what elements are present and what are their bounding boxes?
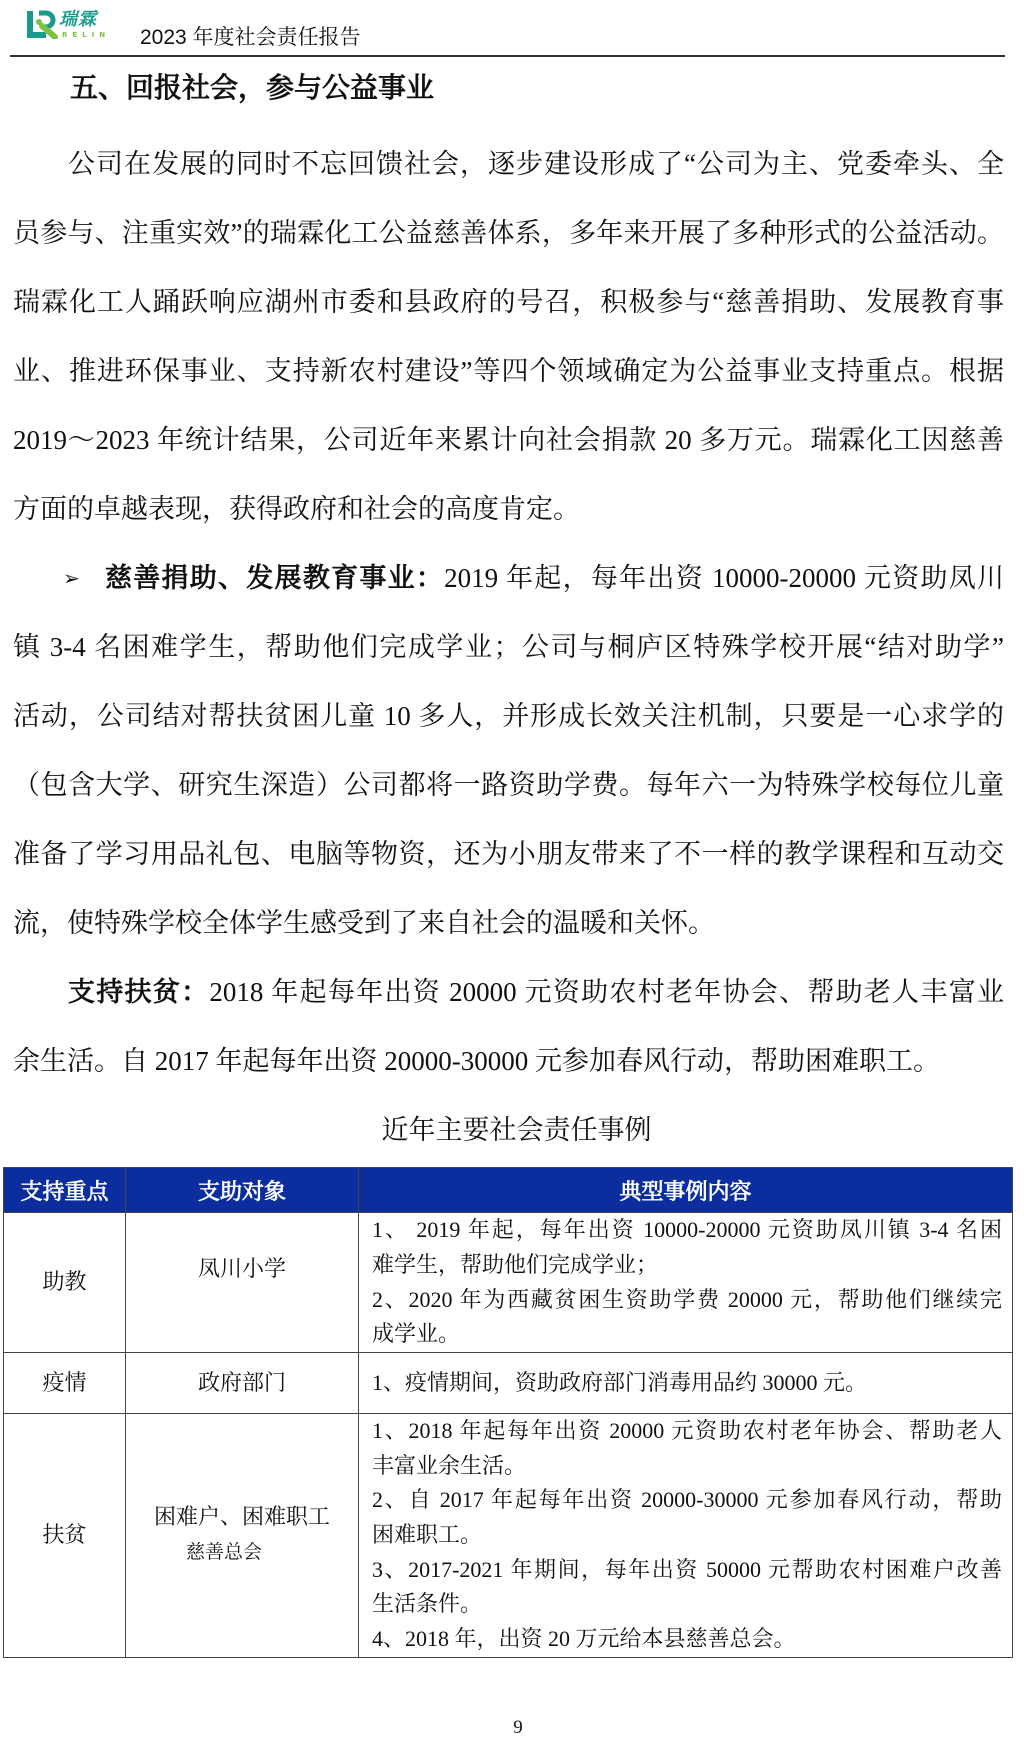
- content-line: 1、疫情期间，资助政府部门消毒用品约 30000 元。: [372, 1366, 1002, 1401]
- text-line: 2019～2023 年统计结果，公司近年来累计向社会捐款 20 多万元。瑞霖化工…: [13, 406, 1004, 475]
- paragraph-intro: 公司在发展的同时不忘回馈社会，逐步建设形成了“公司为主、党委牵头、全 员参与、注…: [13, 130, 1004, 544]
- cell-target: 政府部门: [126, 1353, 359, 1414]
- social-responsibility-table: 支持重点 支助对象 典型事例内容 助教 凤川小学 1、 2019 年起，每年出资…: [3, 1167, 1013, 1658]
- content-line: 成学业。: [372, 1317, 1002, 1352]
- cell-target: 困难户、困难职工 慈善总会: [126, 1414, 359, 1658]
- paragraph-education: ➢慈善捐助、发展教育事业：2019 年起，每年出资 10000-20000 元资…: [13, 544, 1004, 958]
- education-lead: 慈善捐助、发展教育事业：: [105, 563, 444, 593]
- text-span: 2018 年起每年出资 20000 元资助农村老年协会、帮助老人丰富业: [209, 977, 1004, 1007]
- content-line: 3、2017-2021 年期间，每年出资 50000 元帮助农村困难户改善: [372, 1553, 1002, 1588]
- logo-chinese-name: 瑞霖: [59, 9, 97, 31]
- header-divider: [10, 55, 1005, 57]
- cell-focus: 扶贫: [4, 1414, 126, 1658]
- cell-content: 1、2018 年起每年出资 20000 元资助农村老年协会、帮助老人 丰富业余生…: [359, 1414, 1013, 1658]
- text-line: 方面的卓越表现，获得政府和社会的高度肯定。: [13, 475, 1004, 544]
- content-line: 1、2018 年起每年出资 20000 元资助农村老年协会、帮助老人: [372, 1414, 1002, 1449]
- paragraph-poverty: 支持扶贫：2018 年起每年出资 20000 元资助农村老年协会、帮助老人丰富业…: [13, 958, 1004, 1096]
- target-line: 慈善总会: [126, 1535, 358, 1571]
- poverty-lead: 支持扶贫：: [68, 977, 209, 1007]
- column-header-focus: 支持重点: [4, 1168, 126, 1213]
- text-line: 流，使特殊学校全体学生感受到了来自社会的温暖和关怀。: [13, 889, 1004, 958]
- page-number: 9: [498, 1716, 538, 1740]
- text-line: （包含大学、研究生深造）公司都将一路资助学费。每年六一为特殊学校每位儿童: [13, 751, 1004, 820]
- text-line: 员参与、注重实效”的瑞霖化工公益慈善体系，多年来开展了多种形式的公益活动。: [13, 199, 1004, 268]
- company-logo: 瑞霖 RELIN: [26, 9, 122, 41]
- report-title: 2023 年度社会责任报告: [140, 27, 361, 49]
- text-span: 2019 年起，每年出资 10000-20000 元资助凤川: [444, 563, 1004, 593]
- cell-focus: 助教: [4, 1213, 126, 1353]
- text-line: 业、推进环保事业、支持新农村建设”等四个领域确定为公益事业支持重点。根据: [13, 337, 1004, 406]
- text-line: 余生活。自 2017 年起每年出资 20000-30000 元参加春风行动，帮助…: [13, 1027, 1004, 1096]
- content-line: 2、自 2017 年起每年出资 20000-30000 元参加春风行动，帮助: [372, 1483, 1002, 1518]
- table-header-row: 支持重点 支助对象 典型事例内容: [4, 1168, 1013, 1213]
- text-line: 镇 3-4 名困难学生，帮助他们完成学业；公司与桐庐区特殊学校开展“结对助学”: [13, 613, 1004, 682]
- content-line: 4、2018 年，出资 20 万元给本县慈善总会。: [372, 1622, 1002, 1657]
- text-line: 准备了学习用品礼包、电脑等物资，还为小朋友带来了不一样的教学课程和互动交: [13, 820, 1004, 889]
- column-header-content: 典型事例内容: [359, 1168, 1013, 1213]
- target-line: 困难户、困难职工: [126, 1499, 358, 1535]
- content-line: 困难职工。: [372, 1518, 1002, 1553]
- text-line: 活动，公司结对帮扶贫困儿童 10 多人，并形成长效关注机制，只要是一心求学的: [13, 682, 1004, 751]
- section-heading: 五、回报社会，参与公益事业: [70, 70, 434, 106]
- column-header-target: 支助对象: [126, 1168, 359, 1213]
- content-line: 2、2020 年为西藏贫困生资助学费 20000 元，帮助他们继续完: [372, 1283, 1002, 1318]
- content-line: 难学生，帮助他们完成学业；: [372, 1248, 1002, 1283]
- content-line: 丰富业余生活。: [372, 1449, 1002, 1484]
- text-line: 支持扶贫：2018 年起每年出资 20000 元资助农村老年协会、帮助老人丰富业: [13, 958, 1004, 1027]
- table-caption: 近年主要社会责任事例: [13, 1096, 1004, 1165]
- text-line: 公司在发展的同时不忘回馈社会，逐步建设形成了“公司为主、党委牵头、全: [13, 130, 1004, 199]
- arrow-bullet-icon: ➢: [63, 544, 80, 613]
- cell-target: 凤川小学: [126, 1213, 359, 1353]
- table-row: 助教 凤川小学 1、 2019 年起，每年出资 10000-20000 元资助凤…: [4, 1213, 1013, 1353]
- content-line: 1、 2019 年起，每年出资 10000-20000 元资助凤川镇 3-4 名…: [372, 1213, 1002, 1248]
- logo-english-name: RELIN: [62, 31, 110, 39]
- content-line: 生活条件。: [372, 1587, 1002, 1622]
- bullet-line: ➢慈善捐助、发展教育事业：2019 年起，每年出资 10000-20000 元资…: [13, 544, 1004, 613]
- table-row: 疫情 政府部门 1、疫情期间，资助政府部门消毒用品约 30000 元。: [4, 1353, 1013, 1414]
- logo-lr-mark-icon: [26, 9, 58, 44]
- cell-content: 1、 2019 年起，每年出资 10000-20000 元资助凤川镇 3-4 名…: [359, 1213, 1013, 1353]
- cell-focus: 疫情: [4, 1353, 126, 1414]
- body-text: 公司在发展的同时不忘回馈社会，逐步建设形成了“公司为主、党委牵头、全 员参与、注…: [13, 130, 1004, 1165]
- table-row: 扶贫 困难户、困难职工 慈善总会 1、2018 年起每年出资 20000 元资助…: [4, 1414, 1013, 1658]
- cell-content: 1、疫情期间，资助政府部门消毒用品约 30000 元。: [359, 1353, 1013, 1414]
- text-line: 瑞霖化工人踊跃响应湖州市委和县政府的号召，积极参与“慈善捐助、发展教育事: [13, 268, 1004, 337]
